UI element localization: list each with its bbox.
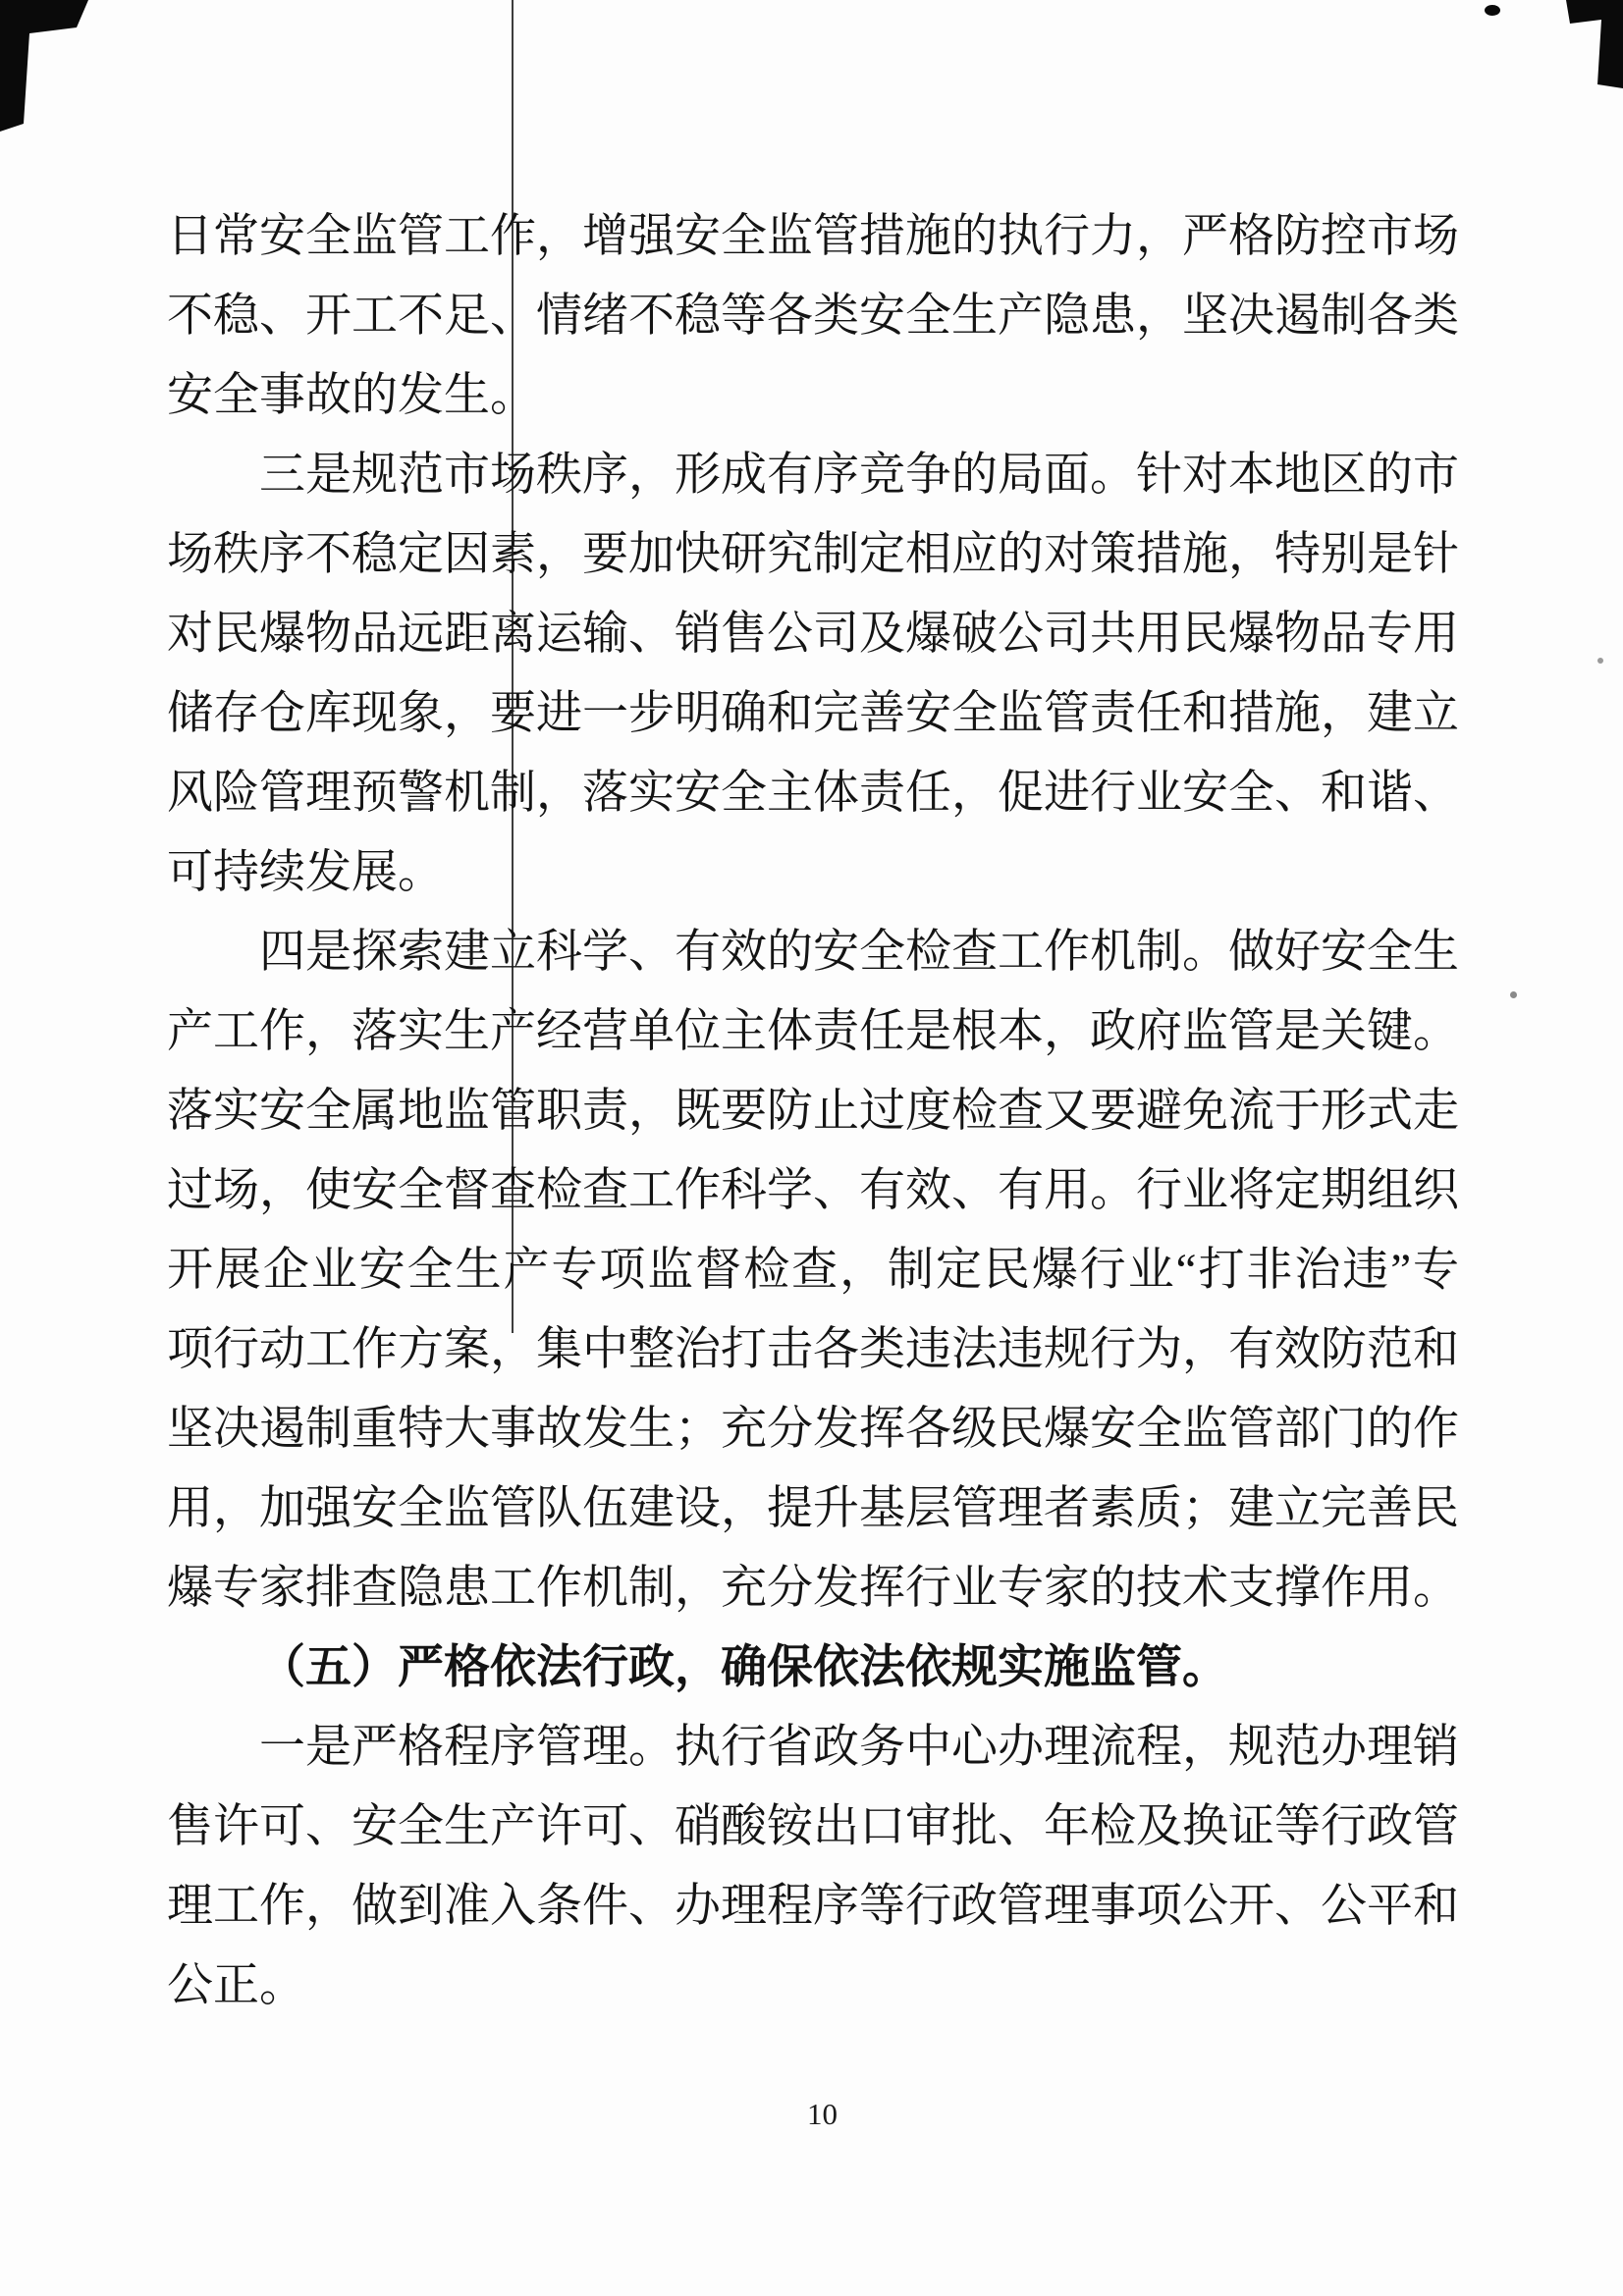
- text-line: 不稳、开工不足、情绪不稳等各类安全生产隐患，坚决遏制各类: [167, 277, 1459, 356]
- page-number: 10: [0, 2095, 1623, 2134]
- paragraph: 四是探索建立科学、有效的安全检查工作机制。做好安全生 产工作，落实生产经营单位主…: [167, 913, 1459, 1629]
- document-page: 日常安全监管工作，增强安全监管措施的执行力，严格防控市场 不稳、开工不足、情绪不…: [0, 0, 1623, 2296]
- scan-artifact-top-right: [1566, 0, 1623, 88]
- section-heading: （五）严格依法行政，确保依法依规实施监管。: [167, 1629, 1459, 1708]
- scan-artifact-top-left: [0, 0, 94, 132]
- text-line: 爆专家排查隐患工作机制，充分发挥行业专家的技术支撑作用。: [167, 1549, 1459, 1629]
- scan-artifact-speck: [1597, 658, 1603, 664]
- text-line: 理工作，做到准入条件、办理程序等行政管理事项公开、公平和: [167, 1867, 1459, 1947]
- text-line: 日常安全监管工作，增强安全监管措施的执行力，严格防控市场: [167, 197, 1459, 277]
- text-line: 开展企业安全生产专项监督检查，制定民爆行业“打非治违”专: [167, 1231, 1459, 1310]
- text-line: 产工作，落实生产经营单位主体责任是根本，政府监管是关键。: [167, 992, 1459, 1072]
- paragraph: 三是规范市场秩序，形成有序竞争的局面。针对本地区的市 场秩序不稳定因素，要加快研…: [167, 436, 1459, 913]
- text-line: 三是规范市场秩序，形成有序竞争的局面。针对本地区的市: [167, 436, 1459, 515]
- text-line: 项行动工作方案，集中整治打击各类违法违规行为，有效防范和: [167, 1310, 1459, 1390]
- text-line: 四是探索建立科学、有效的安全检查工作机制。做好安全生: [167, 913, 1459, 992]
- text-line: 落实安全属地监管职责，既要防止过度检查又要避免流于形式走: [167, 1072, 1459, 1151]
- text-line: 一是严格程序管理。执行省政务中心办理流程，规范办理销: [167, 1708, 1459, 1788]
- paragraph: 一是严格程序管理。执行省政务中心办理流程，规范办理销 售许可、安全生产许可、硝酸…: [167, 1708, 1459, 2026]
- text-line: 公正。: [167, 1947, 1459, 2026]
- text-line: 风险管理预警机制，落实安全主体责任，促进行业安全、和谐、: [167, 754, 1459, 833]
- text-line: 储存仓库现象，要进一步明确和完善安全监管责任和措施，建立: [167, 674, 1459, 754]
- scan-artifact-speck: [1510, 991, 1517, 998]
- text-block: 日常安全监管工作，增强安全监管措施的执行力，严格防控市场 不稳、开工不足、情绪不…: [167, 197, 1459, 2026]
- text-line: 坚决遏制重特大事故发生；充分发挥各级民爆安全监管部门的作: [167, 1390, 1459, 1469]
- text-line: 售许可、安全生产许可、硝酸铵出口审批、年检及换证等行政管: [167, 1788, 1459, 1867]
- text-line: 对民爆物品远距离运输、销售公司及爆破公司共用民爆物品专用: [167, 595, 1459, 674]
- text-line: 可持续发展。: [167, 833, 1459, 913]
- text-line: 安全事故的发生。: [167, 356, 1459, 436]
- text-line: 用，加强安全监管队伍建设，提升基层管理者素质；建立完善民: [167, 1469, 1459, 1549]
- text-line: 场秩序不稳定因素，要加快研究制定相应的对策措施，特别是针: [167, 515, 1459, 595]
- text-line: 过场，使安全督查检查工作科学、有效、有用。行业将定期组织: [167, 1151, 1459, 1231]
- scan-artifact-dot: [1485, 5, 1500, 16]
- heading-line: （五）严格依法行政，确保依法依规实施监管。: [167, 1629, 1459, 1708]
- paragraph: 日常安全监管工作，增强安全监管措施的执行力，严格防控市场 不稳、开工不足、情绪不…: [167, 197, 1459, 436]
